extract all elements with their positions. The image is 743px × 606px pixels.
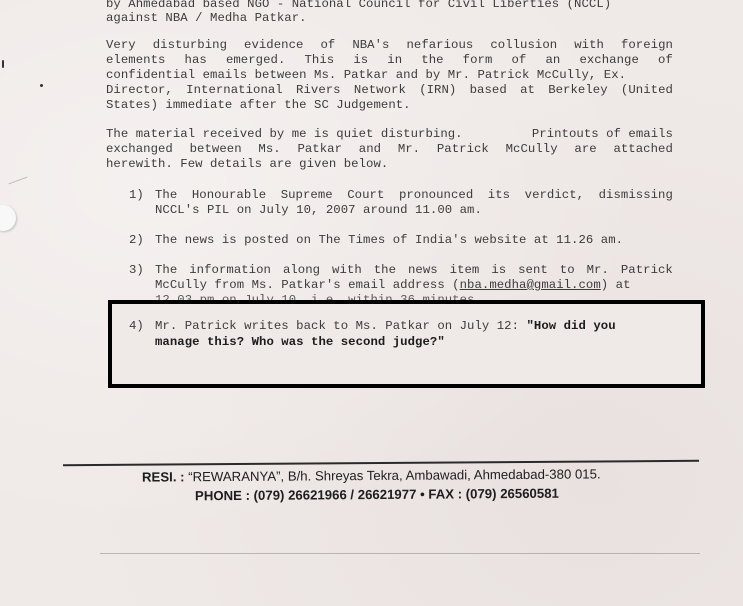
list-item-1-line-1: TheHonourableSupremeCourtpronounceditsve…	[155, 188, 673, 202]
list-item-4-line-1: Mr. Patrick writes back to Ms. Patkar on…	[155, 319, 616, 333]
para2-line-3: herewith. Few details are given below.	[106, 157, 388, 171]
intro-line-1: by Ahmedabad based NGO - National Counci…	[106, 0, 611, 11]
list-item-4-number: 4)	[129, 319, 144, 333]
scan-scuff	[100, 553, 700, 554]
para1-line-2: elementshasemerged.Thisisintheformofanex…	[106, 53, 673, 67]
para2-line-2: exchangedbetweenMs.PatkarandMr.PatrickMc…	[106, 142, 673, 156]
footer-rule	[63, 460, 699, 466]
list-item-4-line-2: manage this? Who was the second judge?"	[155, 335, 445, 349]
punch-hole-mark	[0, 205, 16, 231]
para1-line-5: States) immediate after the SC Judgement…	[106, 98, 411, 112]
para1-line-1: VerydisturbingevidenceofNBA'snefariousco…	[106, 38, 673, 52]
para1-line-3: confidential emails between Ms. Patkar a…	[106, 68, 626, 82]
list-item-1-number: 1)	[129, 188, 144, 202]
email-address: nba.medha@gmail.com	[460, 278, 601, 292]
scan-scuff	[8, 177, 27, 185]
ink-speck	[2, 60, 4, 68]
list-item-1-line-2: NCCL's PIL on July 10, 2007 around 11.00…	[155, 203, 482, 217]
list-item-3-number: 3)	[129, 263, 144, 277]
para2-line-1: The material received by me is quiet dis…	[106, 127, 673, 141]
list-item-3-line-1: Theinformationalongwiththenewsitemissent…	[155, 263, 673, 277]
ink-speck	[40, 84, 43, 87]
list-item-2-line-1: The news is posted on The Times of India…	[155, 233, 623, 247]
list-item-2-number: 2)	[129, 233, 144, 247]
footer-contact: PHONE : (079) 26621966 / 26621977 • FAX …	[195, 486, 559, 504]
intro-line-2: against NBA / Medha Patkar.	[106, 11, 307, 25]
para1-line-4: Director,InternationalRiversNetwork(IRN)…	[106, 83, 673, 97]
scanned-letter-page: by Ahmedabad based NGO - National Counci…	[0, 0, 743, 606]
footer-address: RESI. : “REWARANYA”, B/h. Shreyas Tekra,…	[142, 466, 601, 484]
list-item-3-line-2: McCully from Ms. Patkar's email address …	[155, 278, 631, 292]
